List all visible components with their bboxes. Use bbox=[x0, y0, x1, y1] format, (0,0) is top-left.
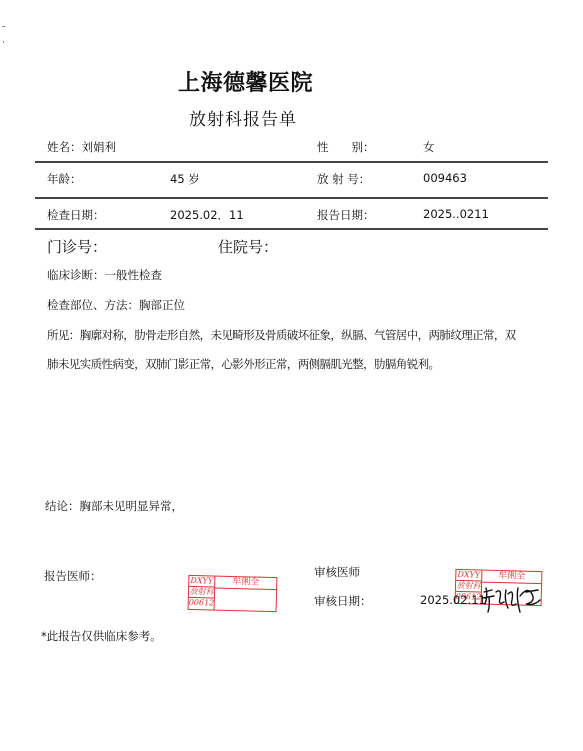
name-label-text: 姓名： bbox=[47, 140, 82, 154]
reporting-physician-label: 报告医师： bbox=[44, 568, 102, 584]
gender-value: 女 bbox=[423, 139, 435, 155]
conclusion: 结论：胸部未见明显异常， bbox=[45, 498, 183, 514]
gender-label: 性 别： bbox=[317, 139, 375, 155]
stamp-code: DXYY bbox=[189, 576, 214, 588]
outpatient-number-label: 门诊号： bbox=[47, 236, 107, 257]
signature-icon bbox=[480, 582, 544, 616]
exam-date-value: 2025.02．11 bbox=[170, 207, 244, 223]
report-date-label: 报告日期： bbox=[317, 207, 375, 223]
patient-name: 刘娟利 bbox=[82, 140, 117, 154]
exam-site-method: 检查部位、方法：胸部正位 bbox=[47, 297, 185, 313]
divider-row2 bbox=[35, 197, 548, 199]
clinical-diagnosis: 临床诊断：一般性检查 bbox=[47, 267, 162, 283]
name-label: 姓名：刘娟利 bbox=[47, 139, 116, 155]
divider-row1 bbox=[35, 161, 548, 163]
findings-line-1: 所见：胸廓对称，肋骨走形自然，未见畸形及骨质破坏征象，纵膈、气管居中，两肺纹理正… bbox=[47, 327, 516, 343]
stamp-name: 牟俐全 bbox=[215, 577, 276, 591]
report-date-value: 2025..0211 bbox=[423, 207, 489, 221]
physician-stamp: DXYY 放射科 00612 牟俐全 bbox=[188, 575, 278, 612]
stamp-dept: 放射科 bbox=[189, 587, 214, 599]
disclaimer: *此报告仅供临床参考。 bbox=[41, 628, 162, 644]
radiology-number-label: 放 射 号： bbox=[317, 171, 370, 187]
scan-mark bbox=[3, 41, 4, 43]
findings-line-2: 肺未见实质性病变，双肺门影正常，心影外形正常，两侧膈肌光整，肋膈角锐利。 bbox=[47, 356, 439, 372]
review-date-value: 2025.02.11 bbox=[420, 593, 486, 607]
stamp-code: DXYY bbox=[456, 570, 481, 582]
age-label: 年龄： bbox=[47, 171, 82, 187]
divider-row3 bbox=[35, 228, 548, 230]
age-value: 45 岁 bbox=[170, 171, 200, 187]
review-date-label: 审核日期： bbox=[314, 593, 372, 609]
scan-mark bbox=[2, 26, 5, 27]
report-title: 放射科报告单 bbox=[189, 105, 297, 130]
exam-date-label: 检查日期： bbox=[47, 207, 105, 223]
hospital-name: 上海德馨医院 bbox=[178, 66, 313, 97]
stamp-number: 00612 bbox=[189, 598, 214, 609]
stamp-dept: 放射科 bbox=[456, 581, 481, 593]
reviewing-physician-label: 审核医师 bbox=[314, 564, 360, 580]
radiology-number-value: 009463 bbox=[423, 171, 467, 185]
inpatient-number-label: 住院号： bbox=[218, 236, 278, 257]
